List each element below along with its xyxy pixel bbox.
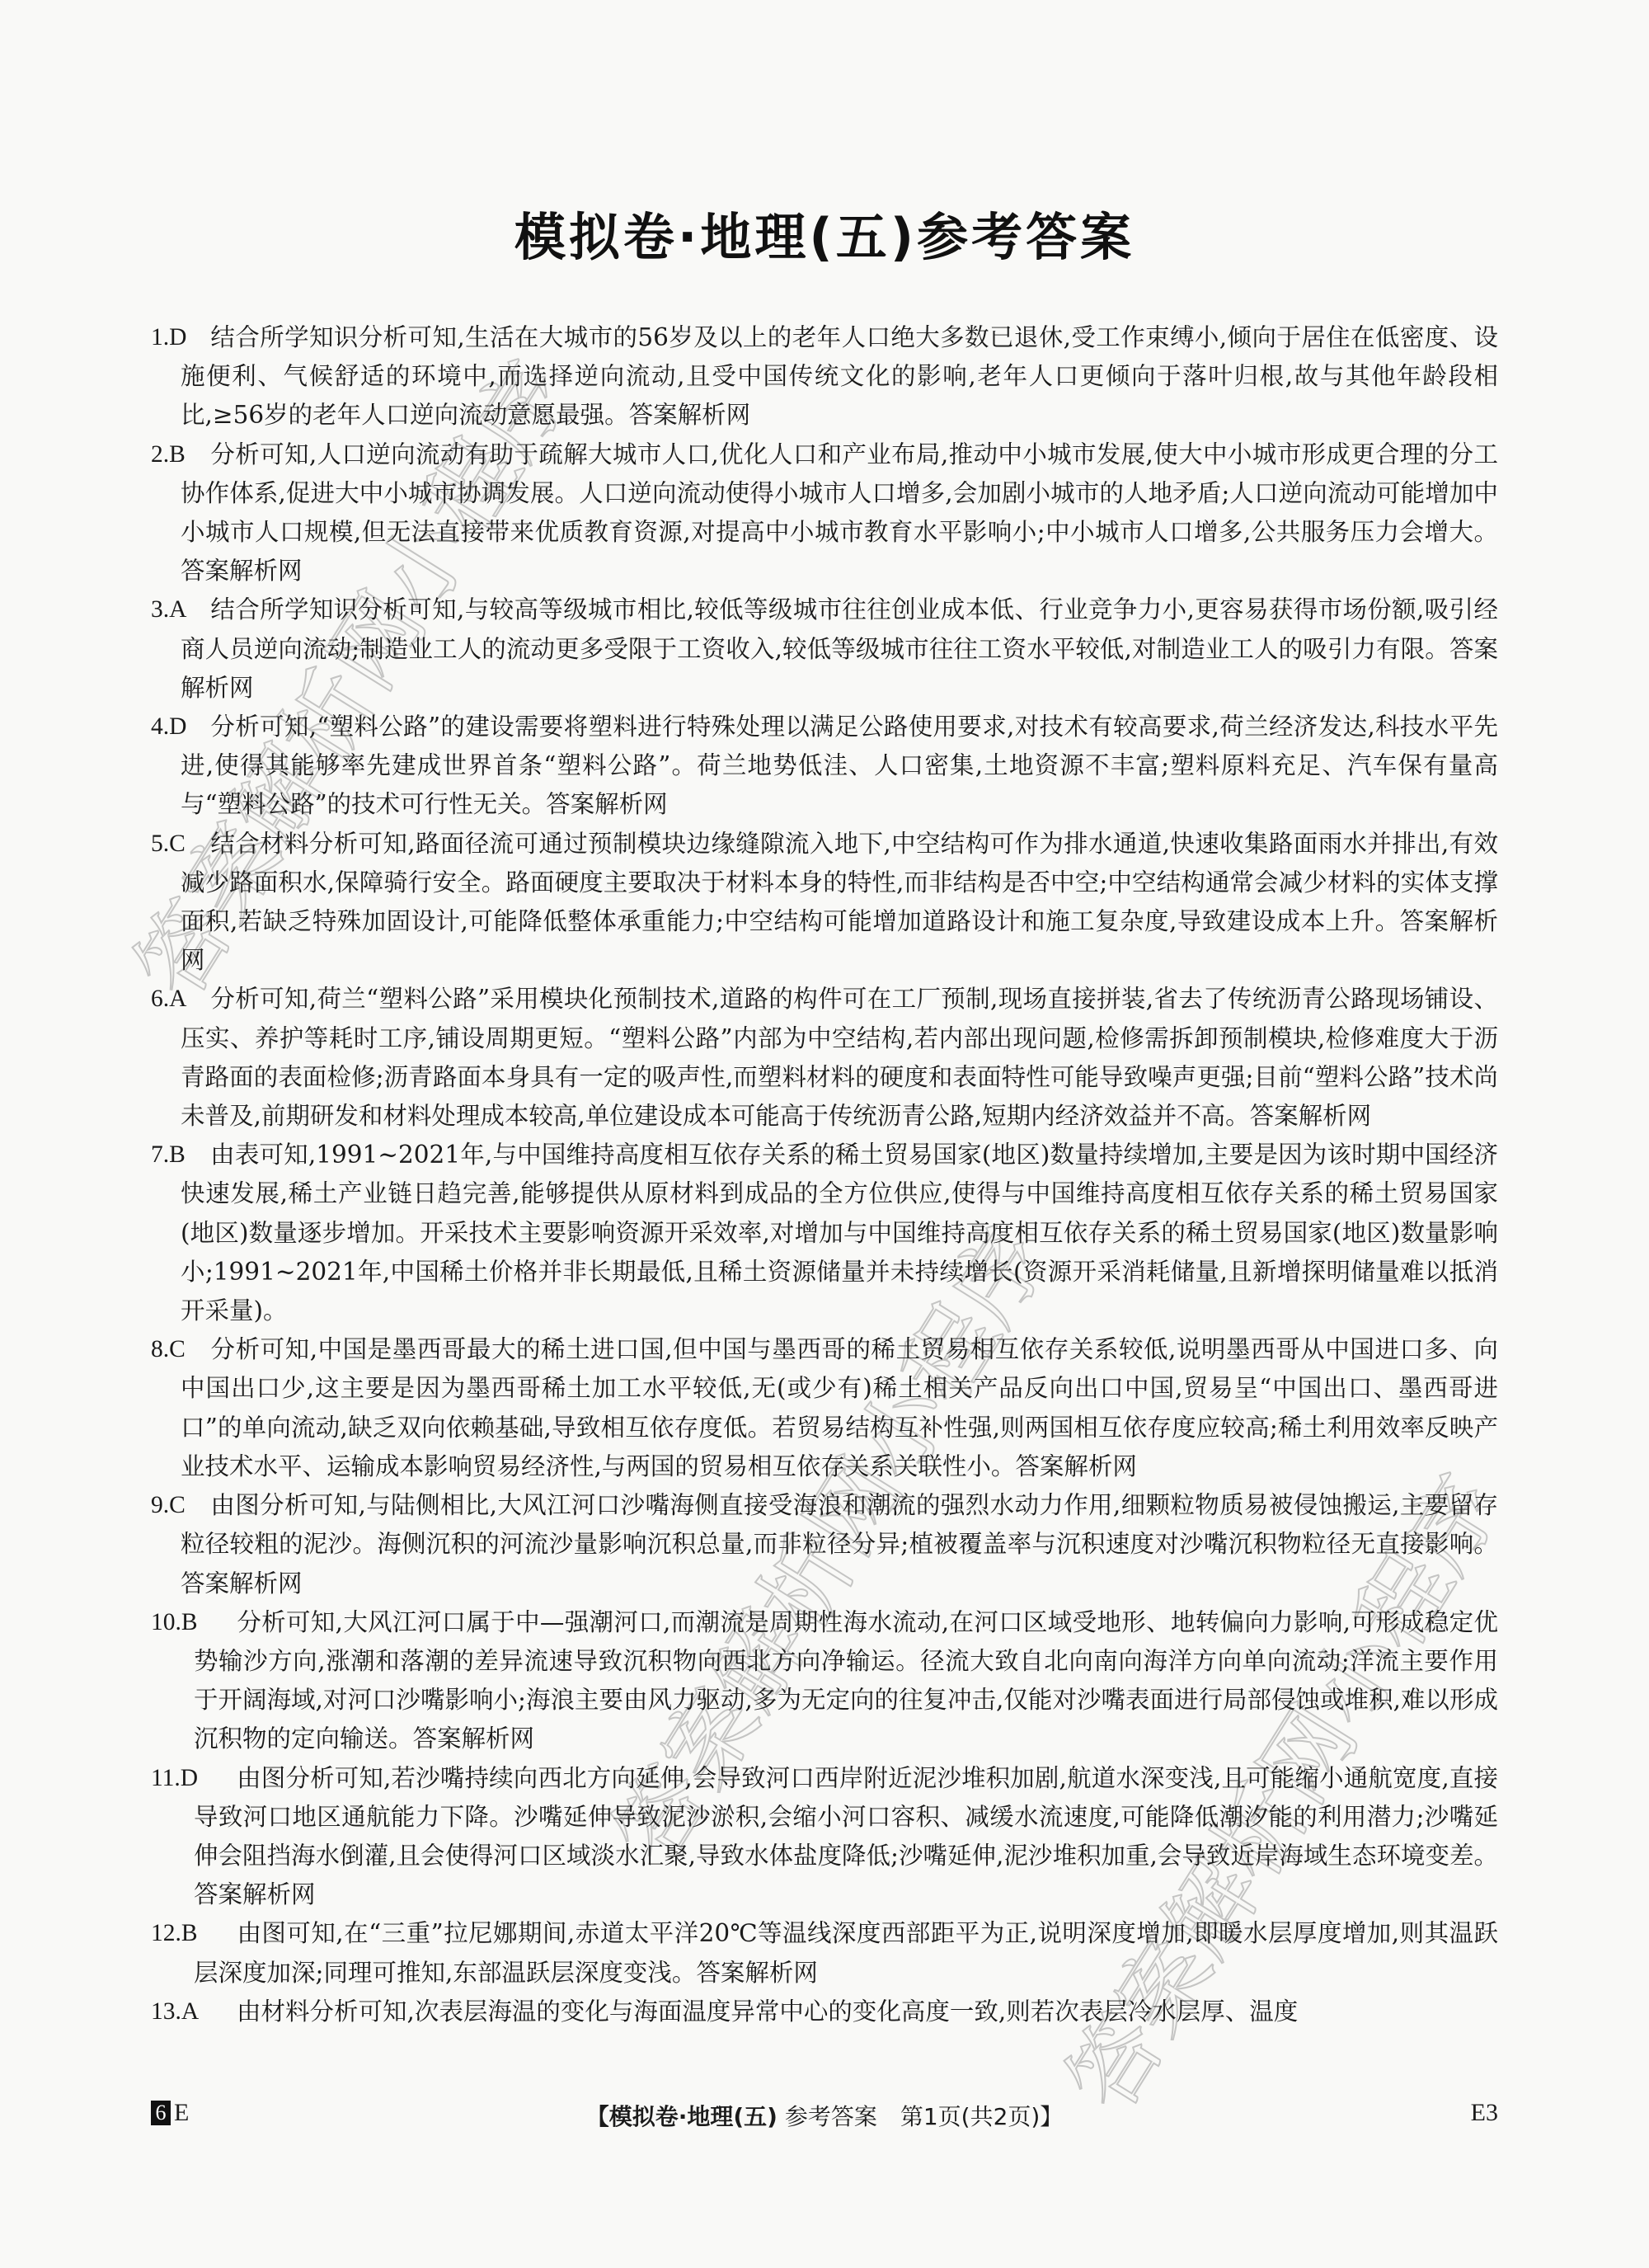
- answer-item: 8.C分析可知,中国是墨西哥最大的稀土进口国,但中国与墨西哥的稀土贸易相互依存关…: [151, 1330, 1498, 1486]
- answer-number: 8.C: [151, 1330, 186, 1369]
- answer-explanation: 由材料分析可知,次表层海温的变化与海面温度异常中心的变化高度一致,则若次表层冷水…: [237, 1997, 1298, 2026]
- answer-item: 7.B由表可知,1991~2021年,与中国维持高度相互依存关系的稀土贸易国家(…: [151, 1136, 1498, 1330]
- answer-number: 13.A: [151, 1993, 199, 2031]
- answer-number: 5.C: [151, 825, 186, 863]
- footer-code: E3: [1471, 2099, 1498, 2127]
- page-footer: 6 E 【模拟卷·地理(五) 参考答案 第1页(共2页)】 E3: [151, 2099, 1498, 2132]
- answer-list: 1.D结合所学知识分析可知,生活在大城市的56岁及以上的老年人口绝大多数已退休,…: [151, 318, 1498, 2031]
- answer-item: 2.B分析可知,人口逆向流动有助于疏解大城市人口,优化人口和产业布局,推动中小城…: [151, 435, 1498, 591]
- answer-item: 12.B由图可知,在“三重”拉尼娜期间,赤道太平洋20℃等温线深度西部距平为正,…: [151, 1914, 1498, 1992]
- answer-number: 9.C: [151, 1486, 186, 1525]
- answer-item: 11.D由图分析可知,若沙嘴持续向西北方向延伸,会导致河口西岸附近泥沙堆积加剧,…: [151, 1759, 1498, 1915]
- answer-number: 11.D: [151, 1759, 198, 1798]
- answer-item: 9.C由图分析可知,与陆侧相比,大风江河口沙嘴海侧直接受海浪和潮流的强烈水动力作…: [151, 1486, 1498, 1603]
- answer-number: 3.A: [151, 591, 186, 629]
- footer-exam-name: 【模拟卷·地理(五): [586, 2103, 778, 2130]
- answer-item: 10.B分析可知,大风江河口属于中—强潮河口,而潮流是周期性海水流动,在河口区域…: [151, 1603, 1498, 1759]
- answer-number: 4.D: [151, 708, 186, 746]
- answer-number: 7.B: [151, 1136, 186, 1174]
- footer-page-info: 【模拟卷·地理(五) 参考答案 第1页(共2页)】: [151, 2099, 1498, 2132]
- answer-item: 4.D分析可知,“塑料公路”的建设需要将塑料进行特殊处理以满足公路使用要求,对技…: [151, 708, 1498, 825]
- answer-item: 13.A由材料分析可知,次表层海温的变化与海面温度异常中心的变化高度一致,则若次…: [151, 1993, 1498, 2031]
- answer-explanation: 由表可知,1991~2021年,与中国维持高度相互依存关系的稀土贸易国家(地区)…: [181, 1141, 1498, 1325]
- answer-item: 6.A分析可知,荷兰“塑料公路”采用模块化预制技术,道路的构件可在工厂预制,现场…: [151, 980, 1498, 1136]
- answer-explanation: 分析可知,人口逆向流动有助于疏解大城市人口,优化人口和产业布局,推动中小城市发展…: [181, 440, 1498, 586]
- answer-number: 2.B: [151, 435, 186, 474]
- answer-explanation: 由图分析可知,与陆侧相比,大风江河口沙嘴海侧直接受海浪和潮流的强烈水动力作用,细…: [181, 1491, 1498, 1597]
- answer-item: 1.D结合所学知识分析可知,生活在大城市的56岁及以上的老年人口绝大多数已退休,…: [151, 318, 1498, 435]
- answer-explanation: 分析可知,大风江河口属于中—强潮河口,而潮流是周期性海水流动,在河口区域受地形、…: [194, 1608, 1498, 1753]
- answer-sheet-page: 答案解析网小程序 答案解析网小程序 答案解析网小程序 模拟卷·地理(五)参考答案…: [0, 0, 1649, 2268]
- answer-explanation: 分析可知,荷兰“塑料公路”采用模块化预制技术,道路的构件可在工厂预制,现场直接拼…: [181, 985, 1498, 1130]
- answer-explanation: 分析可知,“塑料公路”的建设需要将塑料进行特殊处理以满足公路使用要求,对技术有较…: [181, 713, 1498, 818]
- page-title: 模拟卷·地理(五)参考答案: [0, 196, 1649, 270]
- answer-item: 5.C结合材料分析可知,路面径流可通过预制模块边缘缝隙流入地下,中空结构可作为排…: [151, 825, 1498, 981]
- answer-explanation: 结合所学知识分析可知,生活在大城市的56岁及以上的老年人口绝大多数已退休,受工作…: [181, 323, 1498, 429]
- answer-number: 10.B: [151, 1603, 198, 1642]
- answer-item: 3.A结合所学知识分析可知,与较高等级城市相比,较低等级城市往往创业成本低、行业…: [151, 591, 1498, 708]
- answer-explanation: 由图可知,在“三重”拉尼娜期间,赤道太平洋20℃等温线深度西部距平为正,说明深度…: [194, 1919, 1498, 1986]
- answer-number: 6.A: [151, 980, 186, 1019]
- answer-explanation: 分析可知,中国是墨西哥最大的稀土进口国,但中国与墨西哥的稀土贸易相互依存关系较低…: [181, 1335, 1498, 1480]
- answer-number: 12.B: [151, 1914, 198, 1953]
- answer-explanation: 结合材料分析可知,路面径流可通过预制模块边缘缝隙流入地下,中空结构可作为排水通道…: [181, 830, 1498, 975]
- footer-page-number: 参考答案 第1页(共2页)】: [785, 2103, 1063, 2130]
- answer-explanation: 由图分析可知,若沙嘴持续向西北方向延伸,会导致河口西岸附近泥沙堆积加剧,航道水深…: [194, 1764, 1498, 1909]
- answer-explanation: 结合所学知识分析可知,与较高等级城市相比,较低等级城市往往创业成本低、行业竞争力…: [181, 595, 1498, 701]
- answer-number: 1.D: [151, 318, 186, 357]
